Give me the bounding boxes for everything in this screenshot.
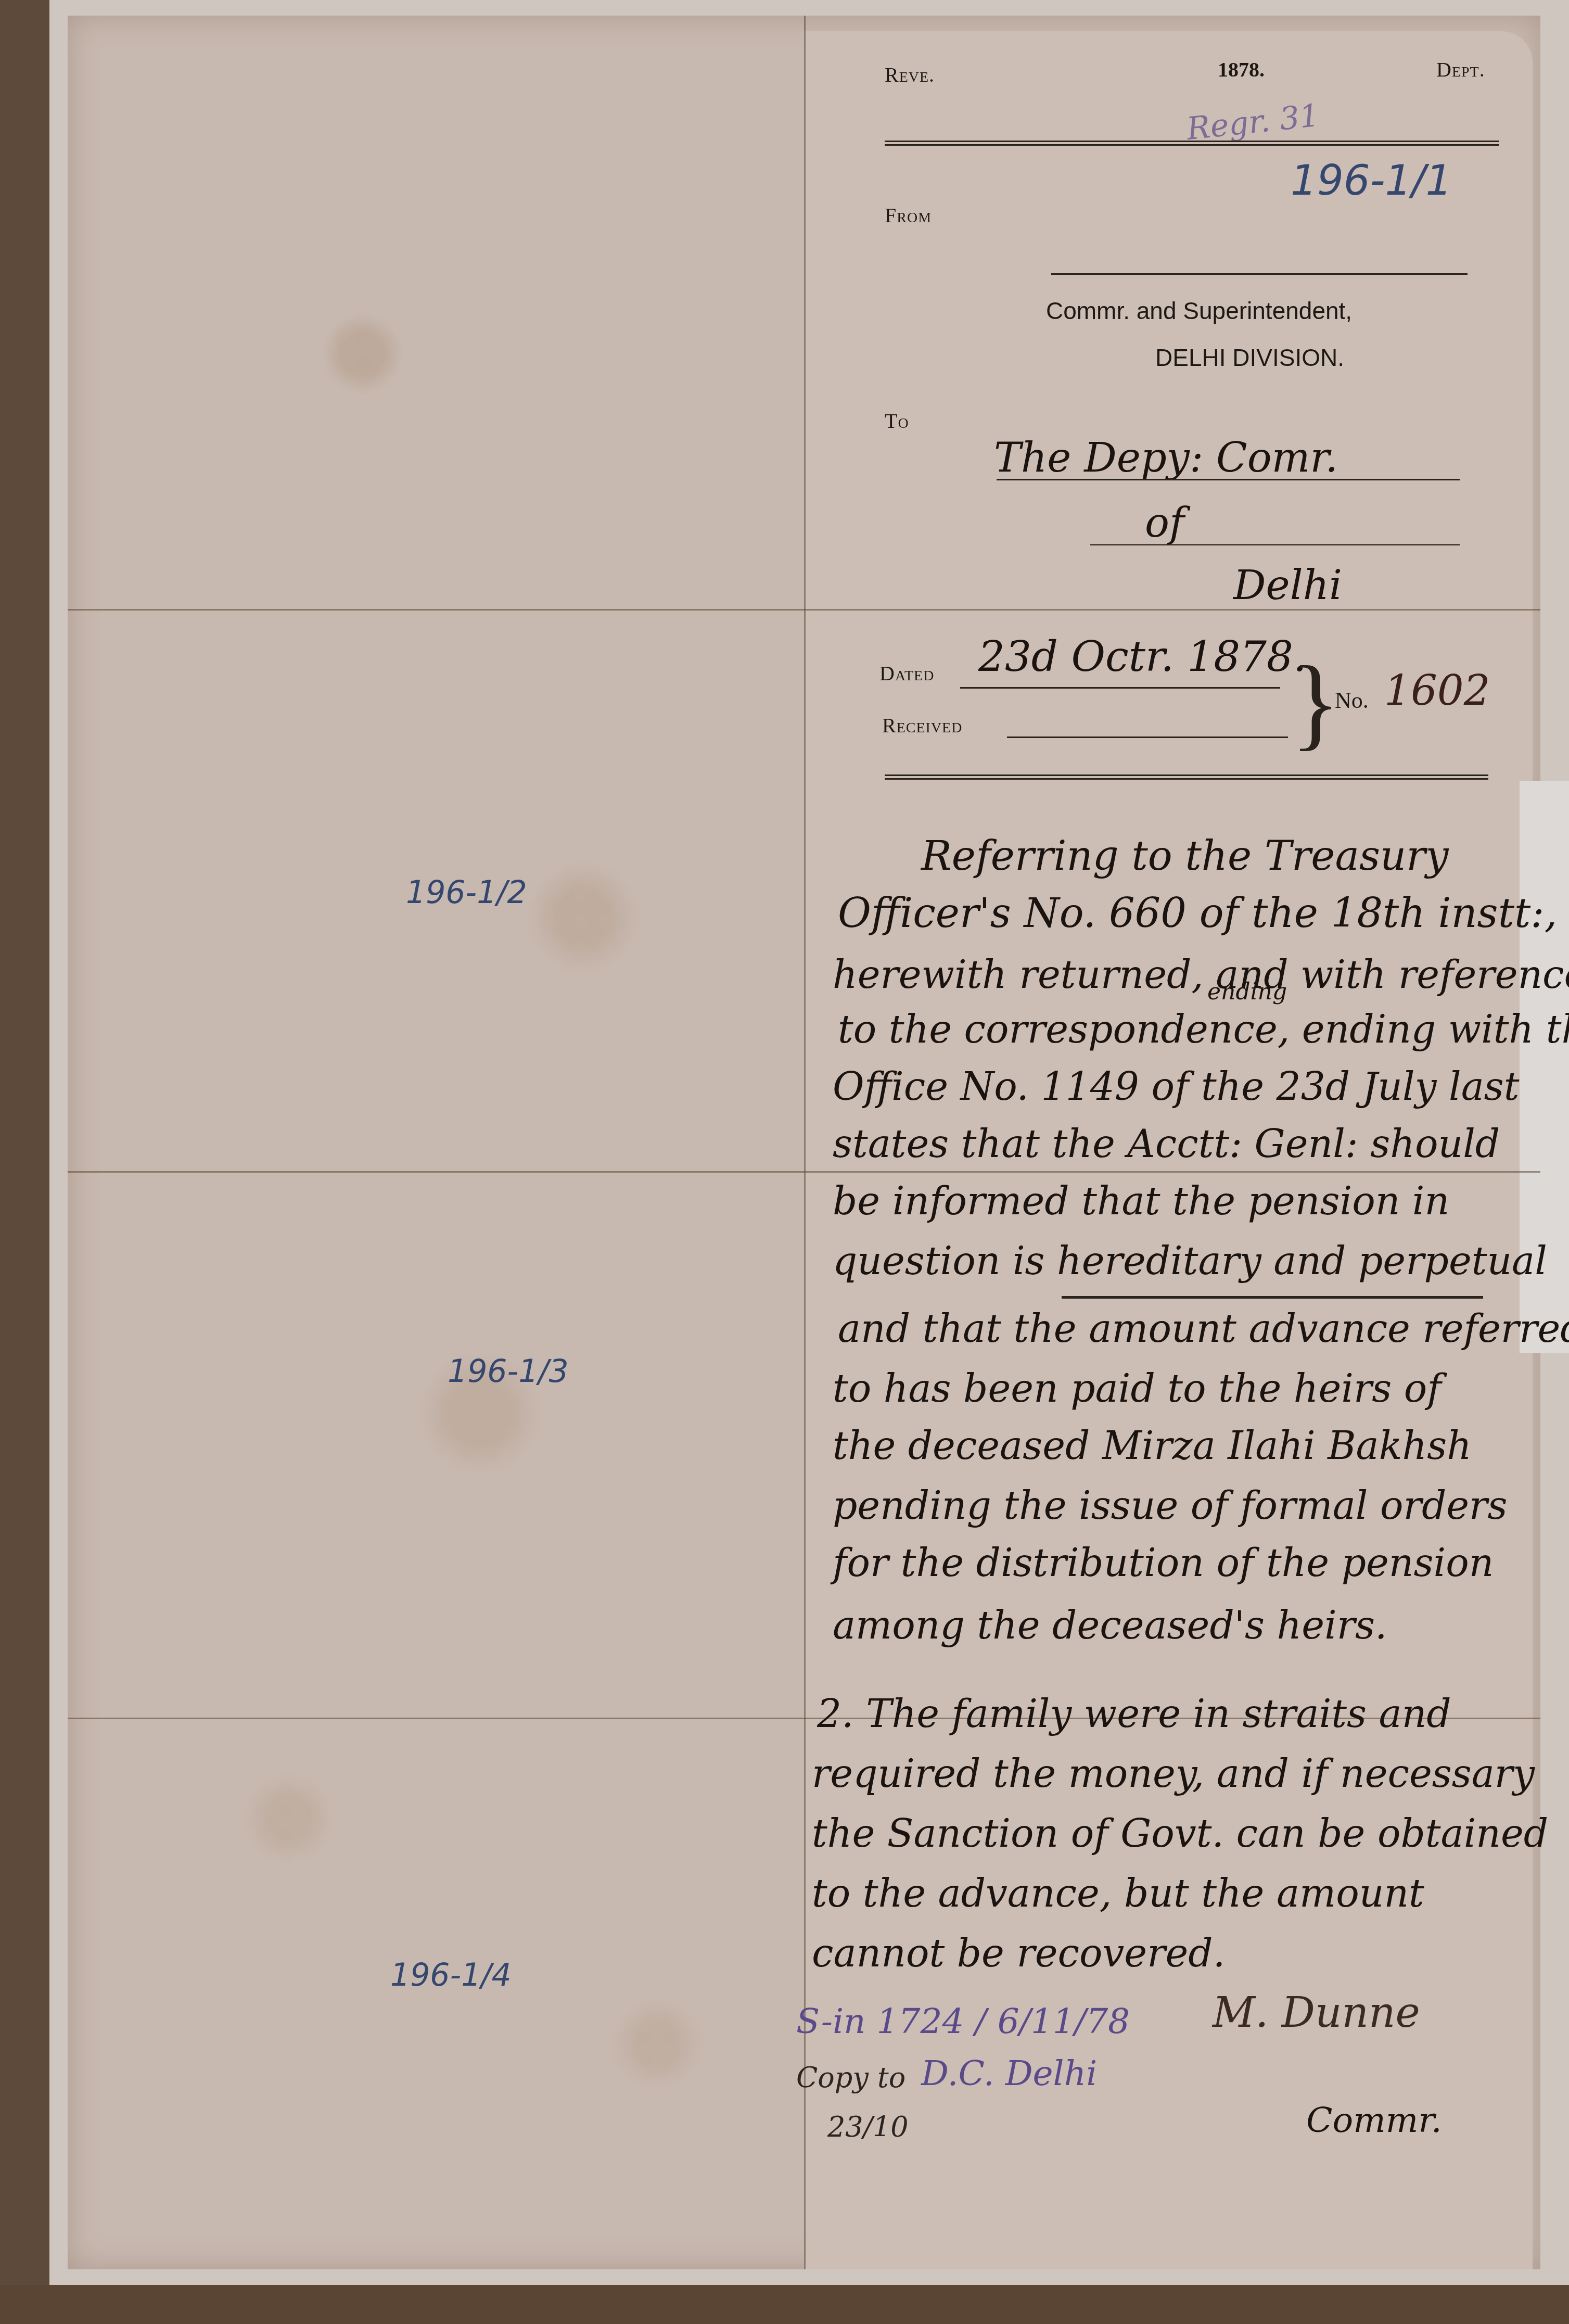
from-division: DELHI DIVISION. [1155, 344, 1344, 372]
body-line: for the distribution of the pension [833, 1541, 1494, 1585]
body-line: the Sanction of Govt. can be obtained [812, 1811, 1548, 1856]
dated-label: Dated [879, 661, 934, 685]
dated-bottom-rule [885, 774, 1488, 776]
number-label: No. [1335, 687, 1369, 714]
body-line: to has been paid to the heirs of [833, 1366, 1442, 1411]
header-rule [885, 141, 1499, 142]
purple-stamp: D.C. Delhi [921, 2053, 1097, 2093]
department-prefix: Reve. [885, 62, 935, 87]
department-suffix: Dept. [1436, 57, 1485, 82]
brace: } [1291, 651, 1341, 755]
margin-annotation: 196-1/2 [406, 874, 527, 911]
signature: M. Dunne [1213, 1988, 1420, 2037]
body-line: herewith returned, and with reference [833, 953, 1569, 997]
body-line: to the advance, but the amount [812, 1871, 1424, 1916]
body-line: Office No. 1149 of the 23d July last [833, 1064, 1519, 1109]
body-line: question is hereditary and perpetual [833, 1239, 1547, 1284]
purple-note: S-in 1724 / 6/11/78 [796, 2001, 1130, 2041]
from-office: Commr. and Superintendent, [1046, 297, 1352, 325]
body-line: required the money, and if necessary [812, 1751, 1535, 1796]
to-label: To [885, 409, 909, 433]
horizontal-fold-2 [68, 1171, 1540, 1173]
body-line: 2. The family were in straits and [817, 1692, 1451, 1736]
number-value: 1602 [1384, 666, 1490, 715]
margin-annotation: 196-1/4 [390, 1957, 512, 1993]
insertion-ending: ending [1207, 979, 1287, 1005]
body-line: Referring to the Treasury [921, 833, 1449, 880]
copy-date: 23/10 [827, 2111, 909, 2143]
mount-bottom-edge [0, 2285, 1569, 2324]
margin-annotation: 196-1/3 [448, 1353, 569, 1390]
from-rule [1051, 273, 1468, 275]
to-line-1: The Depy: Comr. [994, 435, 1338, 481]
vertical-fold [804, 16, 806, 2269]
dated-value: 23d Octr. 1878. [978, 632, 1306, 681]
body-line: pending the issue of formal orders [833, 1483, 1507, 1528]
from-label: From [885, 203, 932, 227]
hereditary-underline [1062, 1296, 1483, 1299]
file-number: 196-1/1 [1291, 156, 1452, 205]
body-line: the deceased Mirza Ilahi Bakhsh [833, 1424, 1472, 1468]
received-label: Received [882, 713, 962, 738]
body-line: and that the amount advance referred [838, 1306, 1569, 1351]
received-rule [1007, 736, 1288, 738]
horizontal-fold-1 [68, 609, 1540, 611]
to-rule-2 [1090, 544, 1460, 545]
to-rule-1 [997, 479, 1460, 480]
designation: Commr. [1306, 2100, 1442, 2140]
body-line: Officer's No. 660 of the 18th instt:, [838, 890, 1557, 937]
body-line: to the correspondence, ending with this [838, 1007, 1569, 1052]
body-line: cannot be recovered. [812, 1931, 1225, 1976]
year: 1878. [1218, 57, 1265, 82]
body-line: states that the Acctt: Genl: should [833, 1122, 1500, 1166]
to-line-3: Delhi [1233, 562, 1342, 609]
body-line: be informed that the pension in [833, 1179, 1449, 1224]
dated-rule [960, 687, 1280, 689]
body-line: among the deceased's heirs. [833, 1603, 1387, 1648]
to-line-2: of [1145, 500, 1184, 547]
copy-note: Copy to [796, 2061, 905, 2094]
